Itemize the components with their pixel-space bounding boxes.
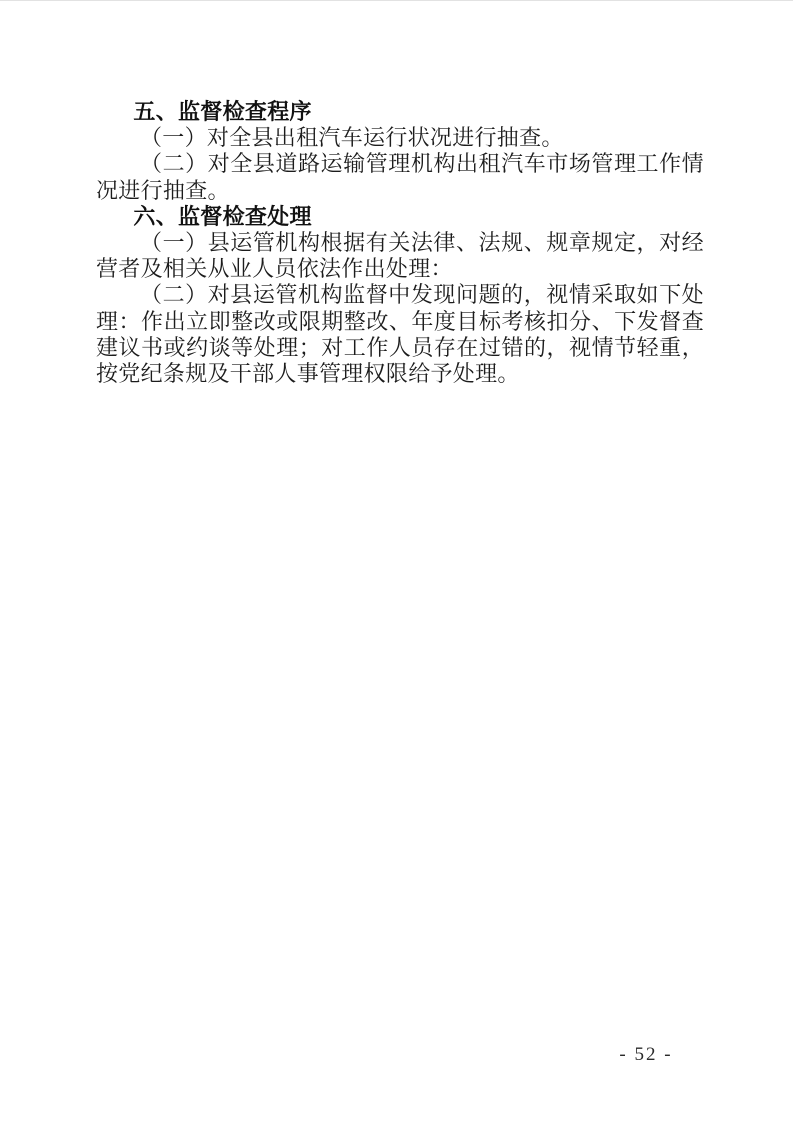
page-number: - 52 - xyxy=(616,1044,676,1066)
paragraph: （一）县运管机构根据有关法律、法规、规章规定，对经营者及相关从业人员依法作出处理… xyxy=(96,230,704,282)
paragraph: （二）对全县道路运输管理机构出租汽车市场管理工作情况进行抽查。 xyxy=(96,151,704,203)
section-heading-supervision-inspection-procedure: 五、监督检查程序 xyxy=(96,99,704,125)
document-body: 五、监督检查程序 （一）对全县出租汽车运行状况进行抽查。 （二）对全县道路运输管… xyxy=(96,99,704,387)
paragraph: （二）对县运管机构监督中发现问题的，视情采取如下处理：作出立即整改或限期整改、年… xyxy=(96,282,704,387)
paragraph: （一）对全县出租汽车运行状况进行抽查。 xyxy=(96,125,704,151)
section-heading-supervision-inspection-handling: 六、监督检查处理 xyxy=(96,204,704,230)
document-page: 五、监督检查程序 （一）对全县出租汽车运行状况进行抽查。 （二）对全县道路运输管… xyxy=(0,0,793,1122)
